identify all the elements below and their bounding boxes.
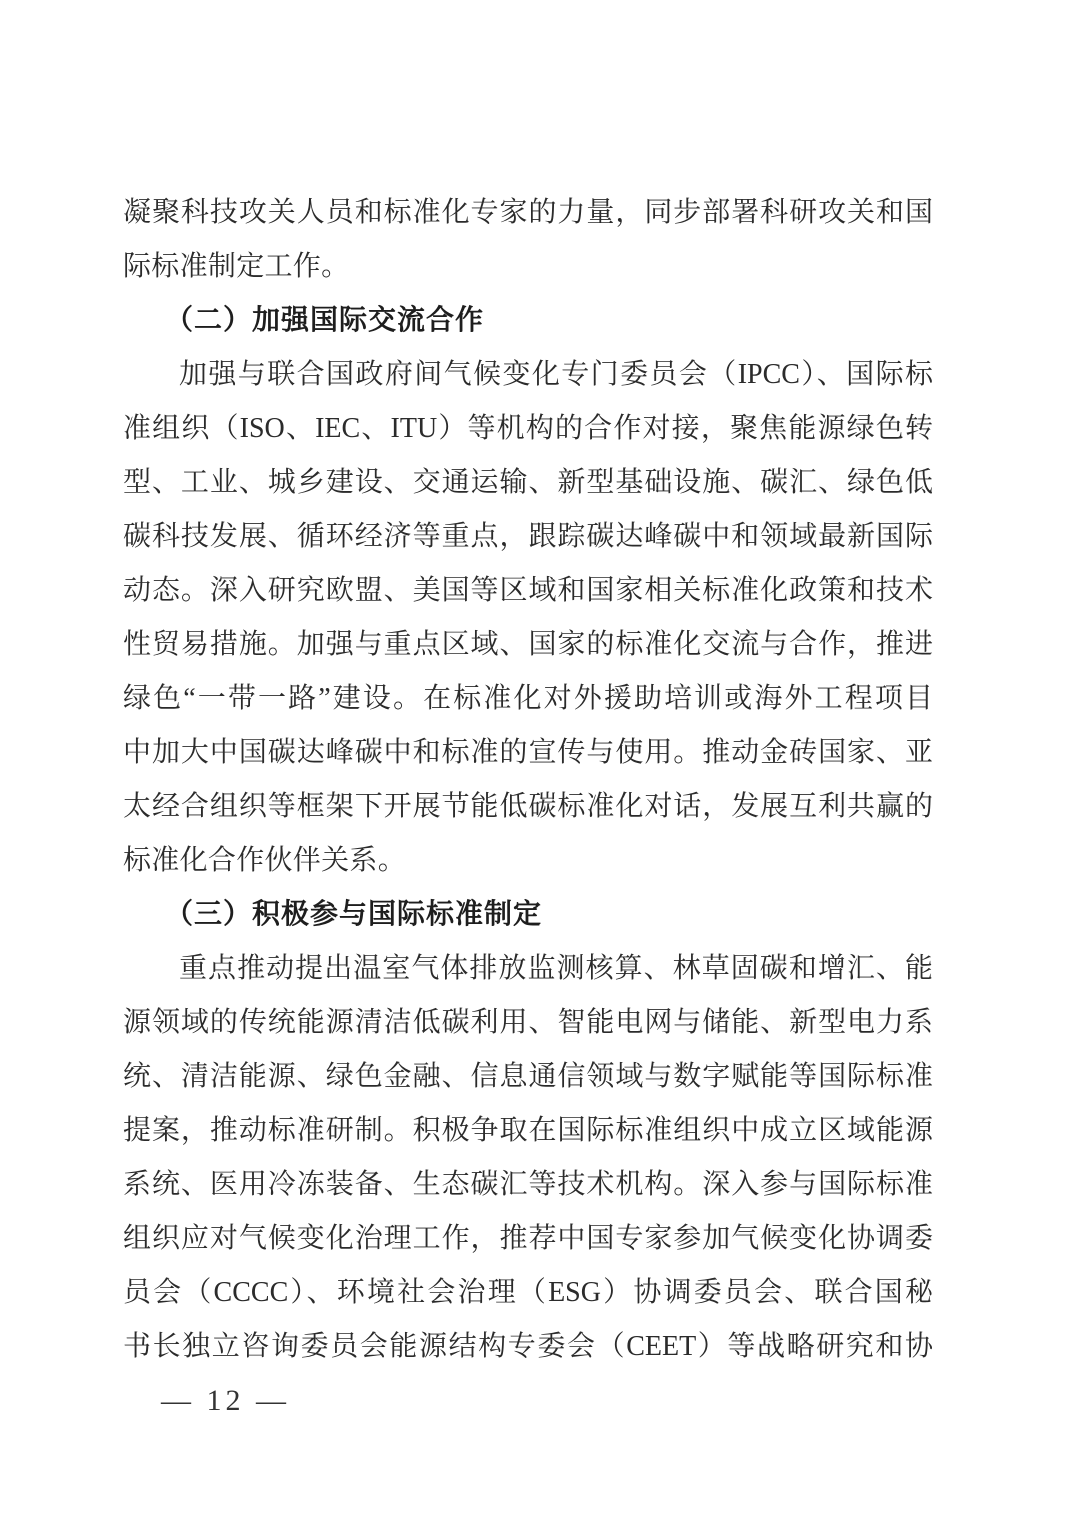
body-text-line: 标准化合作伙伴关系。 (123, 834, 933, 888)
body-text-line: 书长独立咨询委员会能源结构专委会（CEET）等战略研究和协 (123, 1320, 933, 1374)
body-text-line: 加强与联合国政府间气候变化专门委员会（IPCC）、国际标 (123, 348, 933, 402)
body-text-line: 源领域的传统能源清洁低碳利用、智能电网与储能、新型电力系 (123, 996, 933, 1050)
body-text-line: 太经合组织等框架下开展节能低碳标准化对话，发展互利共赢的 (123, 780, 933, 834)
body-text-line: 型、工业、城乡建设、交通运输、新型基础设施、碳汇、绿色低 (123, 456, 933, 510)
body-text-line: 准组织（ISO、IEC、ITU）等机构的合作对接，聚焦能源绿色转 (123, 402, 933, 456)
body-text-line: 统、清洁能源、绿色金融、信息通信领域与数字赋能等国际标准 (123, 1050, 933, 1104)
body-text-line: 员会（CCCC）、环境社会治理（ESG）协调委员会、联合国秘 (123, 1266, 933, 1320)
body-text-line: 凝聚科技攻关人员和标准化专家的力量，同步部署科研攻关和国 (123, 186, 933, 240)
body-text-line: 绿色“一带一路”建设。在标准化对外援助培训或海外工程项目 (123, 672, 933, 726)
section-heading-line: （三）积极参与国际标准制定 (123, 888, 933, 942)
body-text-line: 系统、医用冷冻装备、生态碳汇等技术机构。深入参与国际标准 (123, 1158, 933, 1212)
document-body: 凝聚科技攻关人员和标准化专家的力量，同步部署科研攻关和国际标准制定工作。（二）加… (123, 186, 933, 1428)
body-text-line: 际标准制定工作。 (123, 240, 933, 294)
body-text-line: 动态。深入研究欧盟、美国等区域和国家相关标准化政策和技术 (123, 564, 933, 618)
body-text-line: 提案，推动标准研制。积极争取在国际标准组织中成立区域能源 (123, 1104, 933, 1158)
section-heading-line: （二）加强国际交流合作 (123, 294, 933, 348)
body-text-line: 碳科技发展、循环经济等重点，跟踪碳达峰碳中和领域最新国际 (123, 510, 933, 564)
body-text-line: 重点推动提出温室气体排放监测核算、林草固碳和增汇、能 (123, 942, 933, 996)
page-number: — 12 — (123, 1374, 933, 1428)
document-page: 凝聚科技攻关人员和标准化专家的力量，同步部署科研攻关和国际标准制定工作。（二）加… (0, 0, 1080, 1527)
body-text-line: 中加大中国碳达峰碳中和标准的宣传与使用。推动金砖国家、亚 (123, 726, 933, 780)
body-text-line: 组织应对气候变化治理工作，推荐中国专家参加气候变化协调委 (123, 1212, 933, 1266)
body-text-line: 性贸易措施。加强与重点区域、国家的标准化交流与合作，推进 (123, 618, 933, 672)
